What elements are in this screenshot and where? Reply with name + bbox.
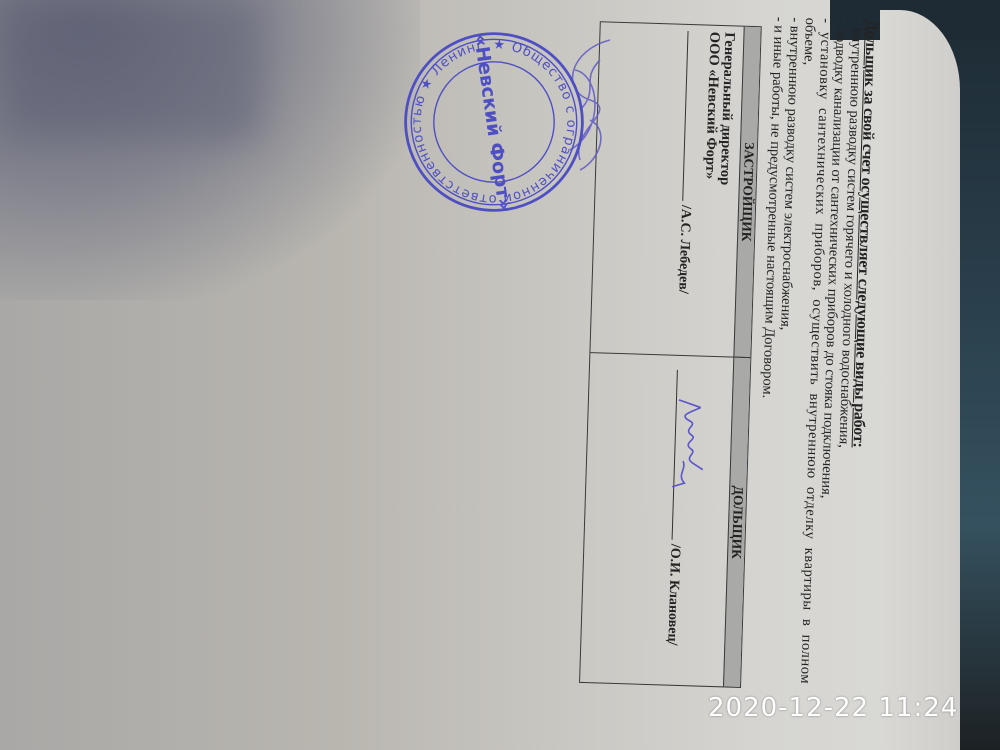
developer-header: ЗАСТРОЙЩИК xyxy=(733,27,760,358)
developer-name: /А.С. Лебедев/ xyxy=(674,205,693,294)
works-list: - внутреннюю разводку систем горячего и … xyxy=(750,17,864,686)
shareholder-name: /О.И. Клановец/ xyxy=(663,544,682,646)
photo-timestamp: 2020-12-22 11:24 xyxy=(708,693,958,723)
stamp-center-text: «Невский Форт» xyxy=(469,33,514,211)
shadow-overlay xyxy=(0,0,420,300)
column-divider xyxy=(590,352,750,358)
company-stamp: ★ Общество с ограниченной ответственност… xyxy=(388,16,600,228)
developer-signature-line xyxy=(682,31,688,201)
developer-company: ООО «Невский Форт» xyxy=(702,32,722,180)
paper-curled-edge xyxy=(880,10,960,750)
shareholder-header: ДОЛЬЩИК xyxy=(723,358,750,687)
shareholder-signature xyxy=(666,395,709,506)
